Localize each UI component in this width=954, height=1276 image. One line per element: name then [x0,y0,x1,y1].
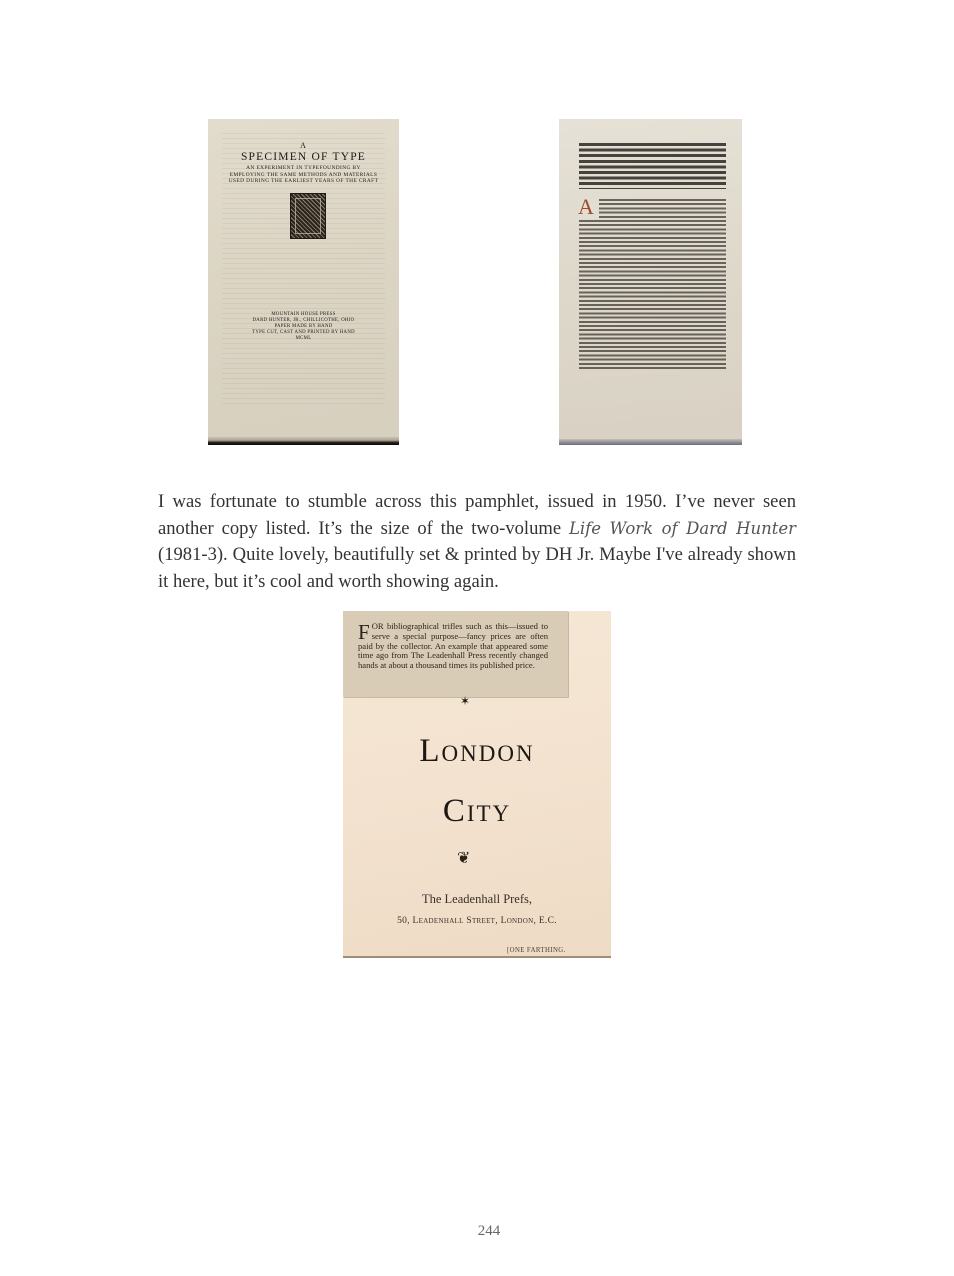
body-text-block [579,199,726,369]
paragraph-text-after: (1981-3). Quite lovely, beautifully set … [158,544,796,592]
page-number: 244 [0,1223,954,1240]
woodcut-emblem-icon [290,193,326,239]
red-drop-cap: A [578,196,594,218]
deckle-edge [208,437,399,445]
london-city-pamphlet-image: FOR bibliographical trifles such as this… [343,611,611,958]
imprint-line: MCML [208,336,399,342]
publisher-name: The Leadenhall Prefs, [343,892,611,907]
pamphlet-title-line-1: London [343,733,611,769]
cover-title-article: A [208,141,399,151]
cover-title: SPECIMEN OF TYPE [208,151,399,163]
clipping-body: OR bibliographical trifles such as this—… [358,621,548,670]
capitals-text-block [579,143,726,189]
cover-imprint: Mountain House Press Dard Hunter, Jr., C… [208,312,399,342]
clipping-text: FOR bibliographical trifles such as this… [358,622,548,671]
body-paragraph: I was fortunate to stumble across this p… [158,489,796,595]
floral-ornament-icon: ❦ [457,851,470,867]
page-edge [343,956,611,958]
star-ornament-icon: ✶ [460,695,470,707]
publisher-address: 50, Leadenhall Street, London, E.C. [343,916,611,926]
cover-title-block: A SPECIMEN OF TYPE An experiment in type… [208,141,399,185]
deckle-edge [559,439,742,445]
price-label: [One Farthing. [507,947,566,954]
newspaper-clipping: FOR bibliographical trifles such as this… [343,611,568,697]
book-title: Life Work of Dard Hunter [569,519,796,538]
specimen-of-type-cover-image: A SPECIMEN OF TYPE An experiment in type… [208,119,399,445]
pamphlet-title-line-2: City [343,793,611,829]
specimen-text-page-image: A [559,119,742,445]
clipping-drop-cap: F [358,623,370,641]
cover-subtitle: An experiment in typefounding by employi… [229,165,379,185]
